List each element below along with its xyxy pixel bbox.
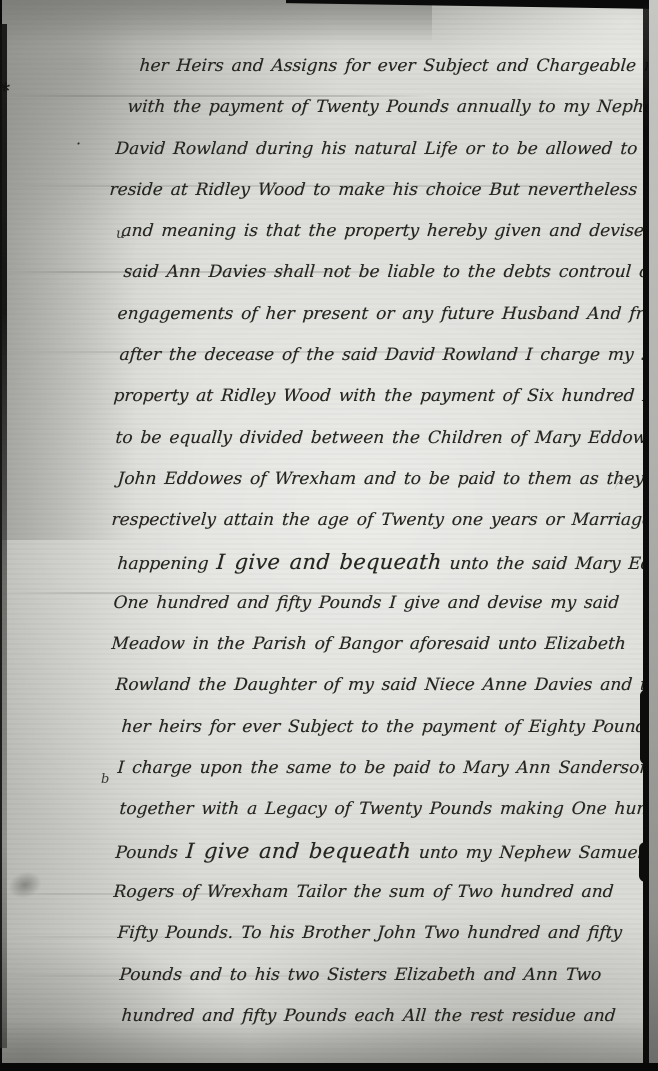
handwritten-line: reside at Ridley Wood to make his choice… (106, 170, 648, 211)
handwritten-line: engagements of her present or any future… (106, 294, 648, 335)
ink-dot-mark: · (76, 134, 81, 153)
handwritten-line: happening I give and bequeath unto the s… (106, 542, 648, 583)
handwritten-line: One hundred and fifty Pounds I give and … (106, 583, 648, 624)
handwritten-line: said Ann Davies shall not be liable to t… (106, 252, 648, 293)
scan-edge-bottom (0, 1063, 658, 1071)
ink-smudge (5, 867, 46, 903)
adjacent-page-strip (649, 0, 658, 1071)
scan-shadow-bottom (2, 1019, 652, 1065)
handwritten-line: her Heirs and Assigns for ever Subject a… (106, 46, 648, 87)
scanned-document-page: her Heirs and Assigns for ever Subject a… (0, 0, 658, 1071)
handwritten-line: Rowland the Daughter of my said Niece An… (106, 665, 648, 706)
handwritten-line: to be equally divided between the Childr… (106, 418, 648, 459)
scan-edge-left (0, 24, 7, 1048)
handwritten-line: respectively attain the age of Twenty on… (106, 500, 648, 541)
handwritten-line: Pounds and to his two Sisters Elizabeth … (106, 955, 648, 996)
handwritten-line: and meaning is that the property hereby … (106, 211, 648, 252)
pencil-mark-u: u (116, 226, 125, 242)
handwritten-line: Rogers of Wrexham Tailor the sum of Two … (106, 872, 648, 913)
paper-sheet: her Heirs and Assigns for ever Subject a… (2, 0, 652, 1065)
handwritten-line: after the decease of the said David Rowl… (106, 335, 648, 376)
handwritten-line: I charge upon the same to be paid to Mar… (106, 748, 648, 789)
handwritten-line: property at Ridley Wood with the payment… (106, 376, 648, 417)
handwritten-line: Pounds I give and bequeath unto my Nephe… (106, 831, 648, 872)
pencil-mark-b: b (101, 772, 109, 787)
handwritten-line: Fifty Pounds. To his Brother John Two hu… (106, 913, 648, 954)
handwritten-line: Meadow in the Parish of Bangor aforesaid… (106, 624, 648, 665)
handwritten-line: her heirs for ever Subject to the paymen… (106, 707, 648, 748)
handwritten-line: David Rowland during his natural Life or… (106, 129, 648, 170)
handwritten-line: with the payment of Twenty Pounds annual… (106, 87, 648, 128)
handwritten-line: John Eddowes of Wrexham and to be paid t… (106, 459, 648, 500)
handwritten-line: together with a Legacy of Twenty Pounds … (106, 789, 648, 830)
handwritten-text-block: her Heirs and Assigns for ever Subject a… (106, 46, 648, 1041)
